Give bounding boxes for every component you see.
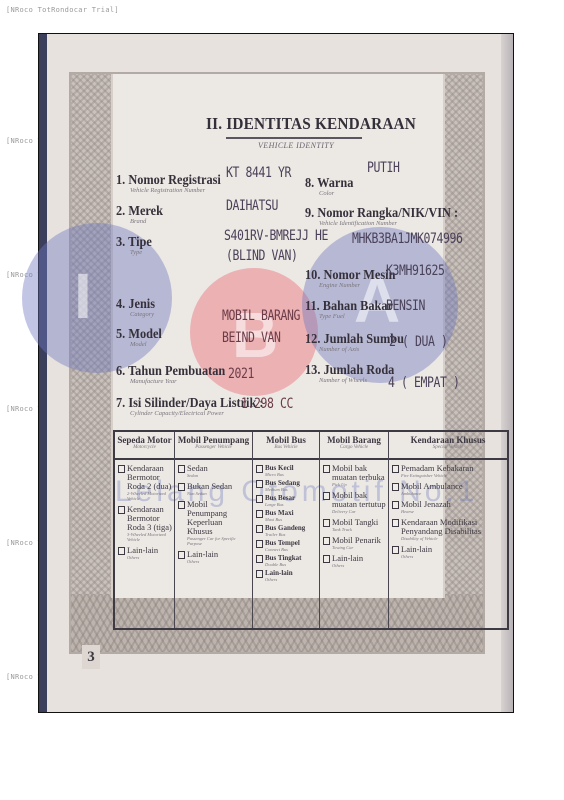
field-brand: 2. Merek Brand — [116, 202, 169, 225]
category-header-en: Bus Vehicle — [253, 445, 319, 450]
field-type: 3. Tipe Type — [116, 233, 157, 256]
field-color: 8. Warna Color — [305, 174, 360, 197]
item-label: Mobil Penarik — [332, 536, 381, 545]
checkbox[interactable] — [178, 483, 185, 491]
category-checkbox-item[interactable]: Bus GandengTrailer Bus — [256, 524, 317, 537]
binding-spine — [39, 34, 47, 712]
checkbox[interactable] — [392, 546, 399, 554]
value-axle-count: 2 ( DUA ) — [389, 334, 448, 350]
item-label: Mobil Tangki — [332, 518, 378, 527]
item-label-en: Trailer Bus — [265, 532, 305, 537]
item-label-en: Towing Car — [332, 545, 381, 550]
field-label: 8. Warna — [305, 176, 353, 192]
category-checkbox-item[interactable]: Mobil bak muatan terbukaPick Up — [323, 464, 386, 487]
category-checkbox-item[interactable]: Lain-lainOthers — [392, 545, 505, 559]
field-category: 4. Jenis Category — [116, 295, 160, 318]
item-label: Lain-lain — [332, 554, 363, 563]
item-label: Mobil bak muatan tertutup — [332, 491, 386, 509]
field-label: 13. Jumlah Roda — [305, 363, 394, 379]
value-category: MOBIL BARANG — [222, 308, 300, 324]
category-header-en: Special Vehicle — [389, 445, 507, 450]
category-checkbox-item[interactable]: Kendaraan Bermotor Roda 3 (tiga)3-Wheele… — [118, 505, 172, 542]
value-type-line2: (BLIND VAN) — [226, 248, 298, 264]
checkbox[interactable] — [256, 510, 263, 518]
item-label: Lain-lain — [127, 546, 158, 555]
value-cylinder-capacity: 1.298 CC — [241, 396, 293, 412]
checkbox[interactable] — [118, 465, 125, 473]
checkbox[interactable] — [323, 555, 330, 563]
category-header-label: Kendaraan Khusus — [389, 435, 507, 445]
checkbox[interactable] — [118, 547, 125, 555]
category-checkbox-item[interactable]: Bus SedangMedium Bus — [256, 479, 317, 492]
field-label: 10. Nomor Mesin — [305, 268, 395, 284]
category-column-motorcycle: Sepeda Motor Motorcycle Kendaraan Bermot… — [115, 432, 175, 628]
item-label: Bus Gandeng — [265, 524, 305, 532]
category-header-en: Passenger Vehicle — [175, 445, 252, 450]
item-label-en: Maxi Bus — [265, 517, 294, 522]
item-label: Sedan — [187, 464, 208, 473]
field-label: 2. Merek — [116, 204, 163, 220]
checkbox[interactable] — [256, 465, 263, 473]
category-checkbox-item[interactable]: Mobil bak muatan tertutupDelivery Car — [323, 491, 386, 514]
category-checkbox-item[interactable]: Kendaraan Modifikasi Penyandang Disabili… — [392, 518, 505, 541]
page-title: II. IDENTITAS KENDARAAN — [206, 114, 416, 134]
field-label: 9. Nomor Rangka/NIK/VIN : — [305, 206, 458, 222]
item-label-en: Fire Extinguisher Vehicle — [401, 473, 473, 478]
value-wheel-count: 4 ( EMPAT ) — [388, 375, 460, 391]
item-label: Bus Maxi — [265, 509, 294, 517]
category-header-label: Mobil Bus — [253, 435, 319, 445]
checkbox[interactable] — [323, 492, 330, 500]
checkbox[interactable] — [256, 570, 263, 578]
value-brand: DAIHATSU — [226, 198, 278, 214]
item-label: Bus Tingkat — [265, 554, 302, 562]
category-header-en: Cargo Vehicle — [320, 445, 388, 450]
category-checkbox-item[interactable]: Mobil Penumpang Keperluan KhususPassenge… — [178, 500, 250, 546]
value-type: S401RV-BMREJJ HE — [224, 228, 328, 244]
checkbox[interactable] — [392, 483, 399, 491]
item-label-en: Others — [127, 555, 158, 560]
category-checkbox-item[interactable]: Kendaraan Bermotor Roda 2 (dua)2-Wheeled… — [118, 464, 172, 501]
category-checkbox-item[interactable]: Mobil AmbulanceAmbulance — [392, 482, 505, 496]
category-checkbox-item[interactable]: Pemadam KebakaranFire Extinguisher Vehic… — [392, 464, 505, 478]
field-registration-number: 1. Nomor Registrasi Vehicle Registration… — [116, 171, 235, 194]
item-label-en: Others — [187, 559, 218, 564]
checkbox[interactable] — [178, 551, 185, 559]
checkbox[interactable] — [256, 495, 263, 503]
item-label: Bus Besar — [265, 494, 295, 502]
field-label: 6. Tahun Pembuatan — [116, 364, 225, 380]
category-checkbox-item[interactable]: SedanSedan — [178, 464, 250, 478]
category-header: Mobil Barang Cargo Vehicle — [320, 432, 388, 460]
item-label: Lain-lain — [265, 569, 293, 577]
category-checkbox-item[interactable]: Mobil TangkiTank Truck — [323, 518, 386, 532]
category-header-label: Mobil Penumpang — [175, 435, 252, 445]
item-label-en: Tank Truck — [332, 527, 378, 532]
field-label: 4. Jenis — [116, 297, 155, 313]
item-label: Pemadam Kebakaran — [401, 464, 473, 473]
category-checkbox-item[interactable]: Lain-lainOthers — [323, 554, 386, 568]
item-label-en: Disability of Vehicle — [401, 536, 505, 541]
item-label-en: Hearse — [401, 509, 451, 514]
category-column-passenger: Mobil Penumpang Passenger Vehicle SedanS… — [175, 432, 253, 628]
category-header: Kendaraan Khusus Special Vehicle — [389, 432, 507, 460]
category-header: Mobil Penumpang Passenger Vehicle — [175, 432, 252, 460]
checkbox[interactable] — [178, 465, 185, 473]
item-label-en: Others — [401, 554, 432, 559]
checkbox[interactable] — [323, 537, 330, 545]
checkbox[interactable] — [323, 465, 330, 473]
category-header-en: Motorcycle — [115, 445, 174, 450]
category-column-bus: Mobil Bus Bus Vehicle Bus KecilMicro Bus… — [253, 432, 320, 628]
vehicle-category-table: Sepeda Motor Motorcycle Kendaraan Bermot… — [113, 430, 509, 630]
field-vin: 9. Nomor Rangka/NIK/VIN : Vehicle Identi… — [305, 204, 479, 227]
page-number: 3 — [82, 645, 100, 669]
value-registration-number: KT 8441 YR — [226, 165, 291, 181]
field-label: 5. Model — [116, 327, 162, 343]
page-subtitle: VEHICLE IDENTITY — [258, 141, 334, 150]
field-model: 5. Model Model — [116, 325, 168, 348]
item-label: Lain-lain — [187, 550, 218, 559]
item-label: Mobil Ambulance — [401, 482, 463, 491]
value-color: PUTIH — [367, 160, 400, 176]
item-label: Kendaraan Bermotor Roda 3 (tiga) — [127, 505, 172, 532]
category-header: Sepeda Motor Motorcycle — [115, 432, 174, 460]
field-manufacture-year: 6. Tahun Pembuatan Manufacture Year — [116, 362, 240, 385]
category-checkbox-item[interactable]: Mobil PenarikTowing Car — [323, 536, 386, 550]
checkbox[interactable] — [256, 540, 263, 548]
checkbox[interactable] — [256, 555, 263, 563]
category-checkbox-item[interactable]: Bus TempelConnect Bus — [256, 539, 317, 552]
value-vin: MHKB3BA1JMK074996 — [352, 231, 463, 247]
item-label-en: Sedan — [187, 473, 208, 478]
watermark-letter-i: I — [74, 259, 92, 333]
item-label: Bus Tempel — [265, 539, 300, 547]
item-label-en: Double Bus — [265, 562, 302, 567]
item-label: Kendaraan Modifikasi Penyandang Disabili… — [401, 518, 505, 536]
checkbox[interactable] — [118, 506, 125, 514]
checkbox[interactable] — [256, 525, 263, 533]
checkbox[interactable] — [392, 519, 399, 527]
category-checkbox-item[interactable]: Bus BesarLarge Bus — [256, 494, 317, 507]
checkbox[interactable] — [392, 465, 399, 473]
category-checkbox-item[interactable]: Mobil JenazahHearse — [392, 500, 505, 514]
item-label-en: Non Sedan — [187, 491, 232, 496]
field-label: 1. Nomor Registrasi — [116, 173, 221, 189]
item-label-en: Others — [265, 577, 293, 582]
category-header-label: Sepeda Motor — [115, 435, 174, 445]
item-label-en: Micro Bus — [265, 472, 294, 477]
category-column-special: Kendaraan Khusus Special Vehicle Pemadam… — [389, 432, 507, 628]
item-label: Bus Sedang — [265, 479, 300, 487]
item-label: Mobil Jenazah — [401, 500, 451, 509]
item-label-en: Ambulance — [401, 491, 463, 496]
item-label-en: 2-Wheeled Motorized Vehicle — [127, 491, 172, 501]
value-engine-number: K3MH91625 — [386, 263, 445, 279]
category-column-cargo: Mobil Barang Cargo Vehicle Mobil bak mua… — [320, 432, 389, 628]
item-label-en: Medium Bus — [265, 487, 300, 492]
item-label-en: Others — [332, 563, 363, 568]
category-checkbox-item[interactable]: Bus TingkatDouble Bus — [256, 554, 317, 567]
checkbox[interactable] — [256, 480, 263, 488]
item-label: Lain-lain — [401, 545, 432, 554]
item-label: Mobil Penumpang Keperluan Khusus — [187, 500, 250, 536]
item-label: Bukan Sedan — [187, 482, 232, 491]
item-label-en: Passenger Car for Specific Purpose — [187, 536, 250, 546]
category-checkbox-item[interactable]: Lain-lainOthers — [178, 550, 250, 564]
value-manufacture-year: 2021 — [228, 366, 254, 382]
value-model: BEIND VAN — [222, 330, 281, 346]
value-fuel-type: BENSIN — [386, 298, 425, 314]
item-label-en: Delivery Car — [332, 509, 386, 514]
category-checkbox-item[interactable]: Bus MaxiMaxi Bus — [256, 509, 317, 522]
category-header: Mobil Bus Bus Vehicle — [253, 432, 319, 460]
field-label: 3. Tipe — [116, 235, 152, 251]
item-label-en: 3-Wheeled Motorized Vehicle — [127, 532, 172, 542]
item-label: Mobil bak muatan terbuka — [332, 464, 386, 482]
scan-trial-label: [NRoco TotRondocar Trial] — [6, 6, 119, 14]
title-underline — [226, 137, 362, 139]
field-label: 11. Bahan Bakar — [305, 299, 393, 315]
item-label-en: Pick Up — [332, 482, 386, 487]
category-checkbox-item[interactable]: Bukan SedanNon Sedan — [178, 482, 250, 496]
category-header-label: Mobil Barang — [320, 435, 388, 445]
item-label: Kendaraan Bermotor Roda 2 (dua) — [127, 464, 172, 491]
checkbox[interactable] — [392, 501, 399, 509]
category-checkbox-item[interactable]: Lain-lainOthers — [118, 546, 172, 560]
category-checkbox-item[interactable]: Lain-lainOthers — [256, 569, 317, 582]
item-label-en: Large Bus — [265, 502, 295, 507]
checkbox[interactable] — [178, 501, 185, 509]
item-label-en: Connect Bus — [265, 547, 300, 552]
checkbox[interactable] — [323, 519, 330, 527]
category-checkbox-item[interactable]: Bus KecilMicro Bus — [256, 464, 317, 477]
item-label: Bus Kecil — [265, 464, 294, 472]
